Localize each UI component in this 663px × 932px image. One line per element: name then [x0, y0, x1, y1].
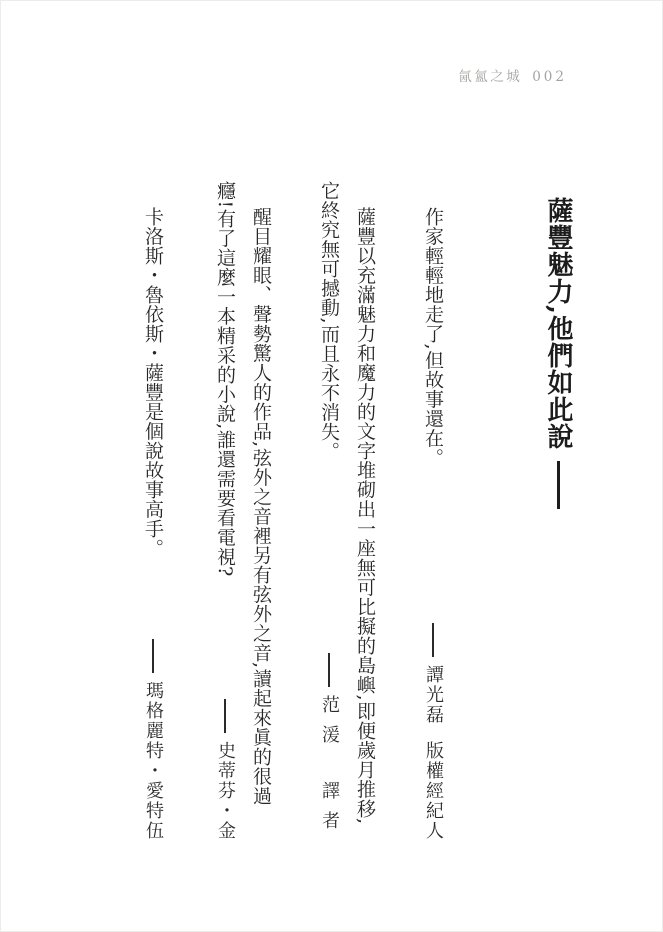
quote-1-line-1: 作家輕輕地走了,但故事還在。: [415, 207, 451, 467]
em-dash: [328, 653, 330, 687]
quote-3-line-2: 癮!有了這麼一本精采的小說,誰還需要看電視?: [207, 181, 243, 577]
quote-4-line-1: 卡洛斯・魯依斯・薩豐是個說故事高手。: [135, 207, 171, 558]
running-head-book-title: 氤氳之城: [458, 69, 522, 85]
attribution-role: 版權經紀人: [423, 741, 444, 841]
attribution-name: 瑪格麗特・愛特伍: [143, 681, 164, 841]
title-em-dash: [557, 461, 560, 509]
quote-3-line-1: 醒目耀眼、聲勢驚人的作品,弦外之音裡另有弦外之音,讀起來眞的很過: [243, 207, 279, 805]
quote-1-attribution: 譚光磊版權經紀人: [415, 623, 451, 841]
attribution-role: 譯者: [319, 781, 340, 841]
attribution-name: 譚光磊: [423, 665, 444, 725]
attribution-name: 范湲: [319, 695, 340, 755]
page-number: 002: [532, 69, 567, 85]
word-gap: [329, 755, 330, 781]
em-dash: [432, 623, 434, 657]
section-title: 薩豐魅力,他們如此說: [536, 197, 580, 450]
em-dash: [224, 699, 226, 733]
quote-2-line-1: 薩豐以充滿魅力和魔力的文字堆砌出一座無可比擬的島嶼,即便歲月推移,: [347, 207, 383, 825]
em-dash: [152, 639, 154, 673]
running-head: 氤氳之城002: [458, 65, 567, 85]
quote-2-attribution: 范湲譯者: [311, 653, 347, 841]
quote-2-line-2: 它終究無可撼動,而且永不消失。: [311, 181, 347, 461]
book-page: 氤氳之城002 薩豐魅力,他們如此說 作家輕輕地走了,但故事還在。 譚光磊版權經…: [0, 0, 663, 932]
word-gap: [433, 725, 434, 741]
attribution-name: 史蒂芬・金: [215, 741, 236, 841]
quote-3-attribution: 史蒂芬・金: [207, 699, 243, 841]
quote-4-attribution: 瑪格麗特・愛特伍: [135, 639, 171, 841]
